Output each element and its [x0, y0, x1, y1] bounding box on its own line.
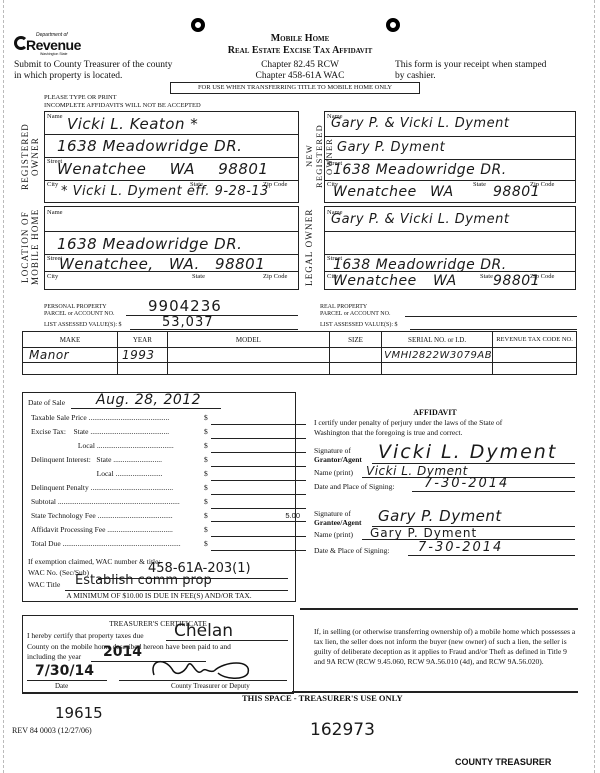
wac-title-field[interactable]: Establish comm prop — [65, 580, 288, 591]
dollar-sign: $ — [204, 483, 208, 492]
fee-total-due: Total Due ..............................… — [31, 539, 306, 553]
registered-owner-label-1: REGISTERED — [20, 124, 30, 191]
fee-label: Total Due ..............................… — [31, 539, 203, 548]
fee-amount[interactable]: 5.00 — [211, 511, 306, 522]
grantee-name-label: Name (print) — [314, 530, 353, 539]
punch-hole-left — [191, 18, 205, 32]
affidavit-title: AFFIDAVIT — [300, 408, 570, 417]
dollar-sign: $ — [204, 469, 208, 478]
county-value: Chelan — [174, 621, 233, 641]
cell-size[interactable] — [329, 348, 381, 363]
state-label: State — [473, 181, 486, 188]
registered-owner-box: Name Street City State Zip Code Vicki L.… — [44, 111, 299, 203]
transfer-notice: FOR USE WHEN TRANSFERRING TITLE TO MOBIL… — [170, 82, 420, 94]
new-owner-name[interactable]: Gary P. & Vicki L. Dyment — [331, 116, 509, 131]
treasurer-cert-line1: I hereby certify that property taxes due — [27, 631, 144, 640]
new-owner-zip[interactable]: 98801 — [493, 184, 540, 200]
grantor-signature: Vicki L. Dyment — [378, 441, 557, 463]
cert-date-field[interactable]: 7/30/14 — [27, 667, 107, 681]
grantee-sig-label-1: Signature of — [314, 509, 362, 518]
punch-hole-right — [386, 18, 400, 32]
lien-notice: If, in selling (or otherwise transferrin… — [314, 627, 576, 667]
location-box: Name Street City State Zip Code 1638 Mea… — [44, 206, 299, 290]
name-label: Name — [47, 113, 63, 120]
instruction-type-print: PLEASE TYPE OR PRINT — [44, 94, 117, 101]
cell-model[interactable] — [167, 363, 329, 375]
treasurer-certificate-box: TREASURER'S CERTIFICATE I hereby certify… — [22, 615, 294, 694]
wac-title-value: Establish comm prop — [75, 573, 212, 588]
affidavit-certify-2: Washington that the foregoing is true an… — [314, 428, 463, 437]
col-make: MAKE — [23, 332, 118, 348]
dollar-sign: $ — [204, 539, 208, 548]
real-assessed-label: LIST ASSESSED VALUE(S): $ — [320, 322, 398, 328]
form-number: REV 84 0003 (12/27/06) — [12, 726, 92, 735]
cell-revenue-code[interactable] — [493, 348, 577, 363]
real-parcel-label-1: REAL PROPERTY — [320, 304, 390, 311]
personal-assessed-value: 53,037 — [162, 315, 214, 330]
fee-affidavit-processing: Affidavit Processing Fee ...............… — [31, 525, 306, 539]
fee-amount[interactable] — [211, 441, 306, 453]
cell-revenue-code[interactable] — [493, 363, 577, 375]
fee-amount[interactable] — [211, 427, 306, 439]
fee-label: Affidavit Processing Fee ...............… — [31, 525, 203, 534]
cell-year[interactable]: 1993 — [118, 348, 168, 363]
zip-label: Zip Code — [263, 273, 287, 280]
new-owner-box: Name Street City State Zip Code Gary P. … — [324, 111, 576, 203]
treasurer-use-only-label: THIS SPACE - TREASURER'S USE ONLY — [242, 693, 403, 703]
col-year: YEAR — [118, 332, 168, 348]
location-city-line[interactable]: Wenatchee, WA. 98801 — [59, 255, 265, 273]
legal-owner-label: LEGAL OWNER — [304, 206, 326, 288]
cell-serial[interactable]: VMHI2822W3079AB — [382, 348, 493, 363]
fee-amount[interactable] — [211, 455, 306, 467]
fee-delinquent-state: Delinquent Interest: State .............… — [31, 455, 306, 469]
fee-label: State Technology Fee ...................… — [31, 511, 203, 520]
personal-assessed-label: LIST ASSESSED VALUE(S): $ — [44, 322, 122, 328]
fee-label: Local ......................... — [31, 469, 203, 478]
registered-owner-address[interactable]: 1638 Meadowridge DR. — [57, 137, 242, 155]
mobile-home-table: MAKE YEAR MODEL SIZE SERIAL NO. or I.D. … — [22, 331, 577, 375]
grantee-sig-label-2: Grantee/Agent — [314, 518, 362, 527]
fee-label: Local ..................................… — [31, 441, 203, 450]
dollar-sign: $ — [204, 441, 208, 450]
new-owner-label: NEW REGISTERED OWNER — [304, 111, 326, 201]
cell-size[interactable] — [329, 363, 381, 375]
lien-divider-top — [300, 608, 578, 610]
personal-parcel-field[interactable]: 9904236 — [126, 300, 298, 316]
dollar-sign: $ — [204, 511, 208, 520]
date-of-sale-field[interactable]: Aug. 28, 2012 — [71, 398, 221, 409]
date-of-sale-value: Aug. 28, 2012 — [96, 392, 201, 408]
grantee-name: Gary P. Dyment — [370, 526, 477, 540]
legal-owner-zip[interactable]: 98801 — [493, 273, 540, 289]
city-label: City — [47, 273, 58, 280]
fee-excise-state: Excise Tax: State ......................… — [31, 427, 306, 441]
cert-date-label: Date — [55, 682, 68, 690]
grantee-signature-field[interactable]: Gary P. Dyment — [372, 512, 575, 527]
grantor-sig-label-1: Signature of — [314, 446, 362, 455]
new-owner-street[interactable]: 1638 Meadowridge DR. — [333, 162, 507, 178]
wac-title-label: WAC Title — [28, 580, 60, 589]
new-owner-city[interactable]: Wenatchee — [333, 184, 417, 200]
treasurer-cert-line3: including the year — [27, 652, 81, 661]
tax-year-value: 2014 — [103, 644, 142, 660]
form-title-line1: Mobile Home — [0, 33, 600, 44]
new-owner-label-1: NEW REGISTERED — [304, 124, 324, 188]
county-treasurer-label: COUNTY TREASURER — [455, 757, 551, 767]
personal-assessed-field[interactable]: 53,037 — [130, 318, 298, 330]
location-street[interactable]: 1638 Meadowridge DR. — [57, 235, 242, 253]
cell-make[interactable] — [23, 363, 118, 375]
personal-parcel-label: PERSONAL PROPERTY PARCEL or ACCOUNT NO. — [44, 304, 114, 318]
fee-label: Delinquent Penalty .....................… — [31, 483, 203, 492]
fee-subtotal: Subtotal ...............................… — [31, 497, 306, 511]
location-label-2: MOBILE HOME — [30, 209, 40, 285]
personal-parcel-value: 9904236 — [148, 297, 222, 315]
col-model: MODEL — [167, 332, 329, 348]
cell-year[interactable] — [118, 363, 168, 375]
county-field[interactable]: Chelan — [166, 631, 288, 641]
fee-state-technology: State Technology Fee ...................… — [31, 511, 306, 525]
registered-owner-correction[interactable]: * Vicki L. Dyment eff. 9-28-13 — [61, 184, 269, 199]
new-owner-state[interactable]: WA — [430, 184, 454, 200]
fee-taxable-sale-price: Taxable Sale Price .....................… — [31, 413, 306, 427]
name-label: Name — [47, 209, 63, 216]
date-of-sale-label: Date of Sale — [28, 398, 65, 407]
table-row — [23, 363, 577, 375]
fee-amount[interactable] — [211, 469, 306, 481]
minimum-notice: A MINIMUM OF $10.00 IS DUE IN FEE(S) AND… — [23, 591, 295, 600]
exemption-label: If exemption claimed, WAC number & title… — [28, 557, 161, 566]
fee-excise-local: Local ..................................… — [31, 441, 306, 455]
registered-owner-name[interactable]: Vicki L. Keaton * — [67, 115, 198, 133]
grantor-date-field[interactable]: 7-30-2014 — [412, 481, 575, 492]
legal-owner-city[interactable]: Wenatchee — [333, 273, 417, 289]
treasurer-signature-scribble — [144, 655, 254, 683]
chapter-wac: Chapter 458-61A WAC — [0, 71, 600, 81]
cert-date-value: 7/30/14 — [35, 663, 94, 679]
location-label-1: LOCATION OF — [20, 211, 30, 283]
grantor-name-label: Name (print) — [314, 468, 353, 477]
treasurer-signer-label: County Treasurer or Deputy — [171, 682, 250, 690]
legal-owner-box: Name Street City State Zip Code Gary P. … — [324, 206, 576, 290]
legal-owner-label-text: LEGAL OWNER — [304, 208, 314, 286]
grantee-name-field[interactable]: Gary P. Dyment — [362, 529, 575, 540]
real-parcel-field[interactable] — [405, 308, 577, 317]
legal-owner-state[interactable]: WA — [433, 273, 457, 289]
grantee-date: 7-30-2014 — [418, 540, 503, 555]
col-size: SIZE — [329, 332, 381, 348]
cell-make[interactable]: Manor — [23, 348, 118, 363]
personal-parcel-label-1: PERSONAL PROPERTY — [44, 304, 114, 311]
fee-amount[interactable] — [211, 525, 306, 537]
fee-amount[interactable] — [211, 497, 306, 509]
receipt-note-1: This form is your receipt when stamped — [395, 60, 546, 70]
grantor-date: 7-30-2014 — [424, 476, 509, 491]
dollar-sign: $ — [204, 413, 208, 422]
real-parcel-label-2: PARCEL or ACCOUNT NO. — [320, 311, 390, 318]
grantee-date-field[interactable]: 7-30-2014 — [408, 545, 575, 556]
fee-label: Excise Tax: State ......................… — [31, 427, 203, 436]
handwritten-number-left: 19615 — [55, 704, 103, 722]
grantor-date-label: Date and Place of Signing: — [314, 482, 394, 491]
fee-delinquent-local: Local .........................$ — [31, 469, 306, 483]
real-parcel-label: REAL PROPERTY PARCEL or ACCOUNT NO. — [320, 304, 390, 318]
col-serial: SERIAL NO. or I.D. — [382, 332, 493, 348]
treasurer-certificate-title: TREASURER'S CERTIFICATE — [23, 619, 293, 628]
new-owner-name-2[interactable]: Gary P. Dyment — [337, 140, 445, 155]
handwritten-number-right: 162973 — [310, 720, 375, 740]
dollar-sign: $ — [204, 455, 208, 464]
legal-owner-street[interactable]: 1638 Meadowridge DR. — [333, 257, 507, 273]
grantor-signature-label: Signature of Grantor/Agent — [314, 446, 362, 464]
dollar-sign: $ — [204, 427, 208, 436]
fee-amount[interactable] — [211, 413, 306, 425]
cell-serial[interactable] — [382, 363, 493, 375]
treasurer-signature-field[interactable] — [119, 667, 287, 681]
fee-label: Subtotal ...............................… — [31, 497, 203, 506]
personal-parcel-label-2: PARCEL or ACCOUNT NO. — [44, 311, 114, 318]
table-row: Manor 1993 VMHI2822W3079AB — [23, 348, 577, 363]
instruction-incomplete: INCOMPLETE AFFIDAVITS WILL NOT BE ACCEPT… — [44, 102, 201, 109]
fee-label: Taxable Sale Price .....................… — [31, 413, 203, 422]
dollar-sign: $ — [204, 497, 208, 506]
grantee-signature: Gary P. Dyment — [378, 507, 502, 525]
state-label: State — [192, 273, 205, 280]
col-revenue-code: REVENUE TAX CODE NO. — [493, 332, 577, 348]
grantor-sig-label-2: Grantor/Agent — [314, 455, 362, 464]
cell-model[interactable] — [167, 348, 329, 363]
scan-edge-left — [3, 0, 4, 773]
fees-box: Date of Sale Aug. 28, 2012 Taxable Sale … — [22, 392, 296, 602]
dollar-sign: $ — [204, 525, 208, 534]
fee-amount[interactable] — [211, 539, 306, 551]
receipt-note-2: by cashier. — [395, 71, 436, 81]
form-title-line2: Real Estate Excise Tax Affidavit — [0, 45, 600, 56]
grantee-date-label: Date & Place of Signing: — [314, 546, 389, 555]
registered-owner-label-2: OWNER — [30, 138, 40, 177]
registered-owner-city-line[interactable]: Wenatchee WA 98801 — [57, 160, 268, 178]
scan-edge-right — [594, 0, 595, 773]
fee-label: Delinquent Interest: State .............… — [31, 455, 203, 464]
grantor-signature-field[interactable]: Vicki L. Dyment — [372, 449, 575, 464]
grantee-signature-label: Signature of Grantee/Agent — [314, 509, 362, 527]
real-assessed-field[interactable] — [410, 321, 577, 330]
state-label: State — [480, 273, 493, 280]
city-label: City — [47, 181, 58, 188]
legal-owner-name[interactable]: Gary P. & Vicki L. Dyment — [331, 212, 509, 227]
fee-delinquent-penalty: Delinquent Penalty .....................… — [31, 483, 306, 497]
fee-amount[interactable] — [211, 483, 306, 495]
affidavit-certify-1: I certify under penalty of perjury under… — [314, 418, 502, 427]
